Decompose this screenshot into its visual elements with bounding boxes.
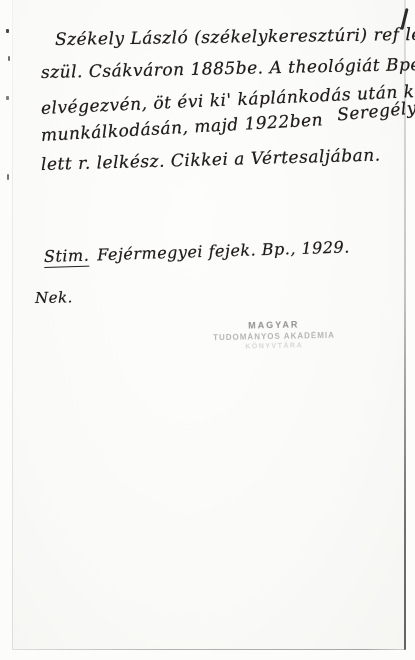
handwriting-line-1: Székely László (székelykeresztúri) ref l…	[55, 24, 415, 50]
handwriting-line-2: szül. Csákváron 1885be. A theológiát Bpe…	[41, 55, 415, 83]
paper-speck	[7, 174, 9, 180]
scanned-document: Székely László (székelykeresztúri) ref l…	[0, 0, 415, 660]
paper-speck	[6, 29, 9, 33]
paper-speck	[6, 96, 9, 100]
handwriting-line-5: lett r. lelkész. Cikkei a Vértesaljában.	[41, 146, 381, 175]
archive-stamp: MAGYAR TUDOMÁNYOS AKADÉMIA KÖNYVTÁRA	[209, 319, 340, 354]
initials-note: Nek.	[35, 288, 73, 307]
index-card: Székely László (székelykeresztúri) ref l…	[13, 0, 405, 650]
paper-speck	[8, 56, 10, 61]
citation-label: Stim.	[44, 246, 90, 268]
stamp-line-3: KÖNYVTÁRA	[209, 342, 339, 353]
citation-text: Fejérmegyei fejek. Bp., 1929.	[97, 237, 350, 264]
citation-line: Stim.Fejérmegyei fejek. Bp., 1929.	[44, 237, 350, 266]
